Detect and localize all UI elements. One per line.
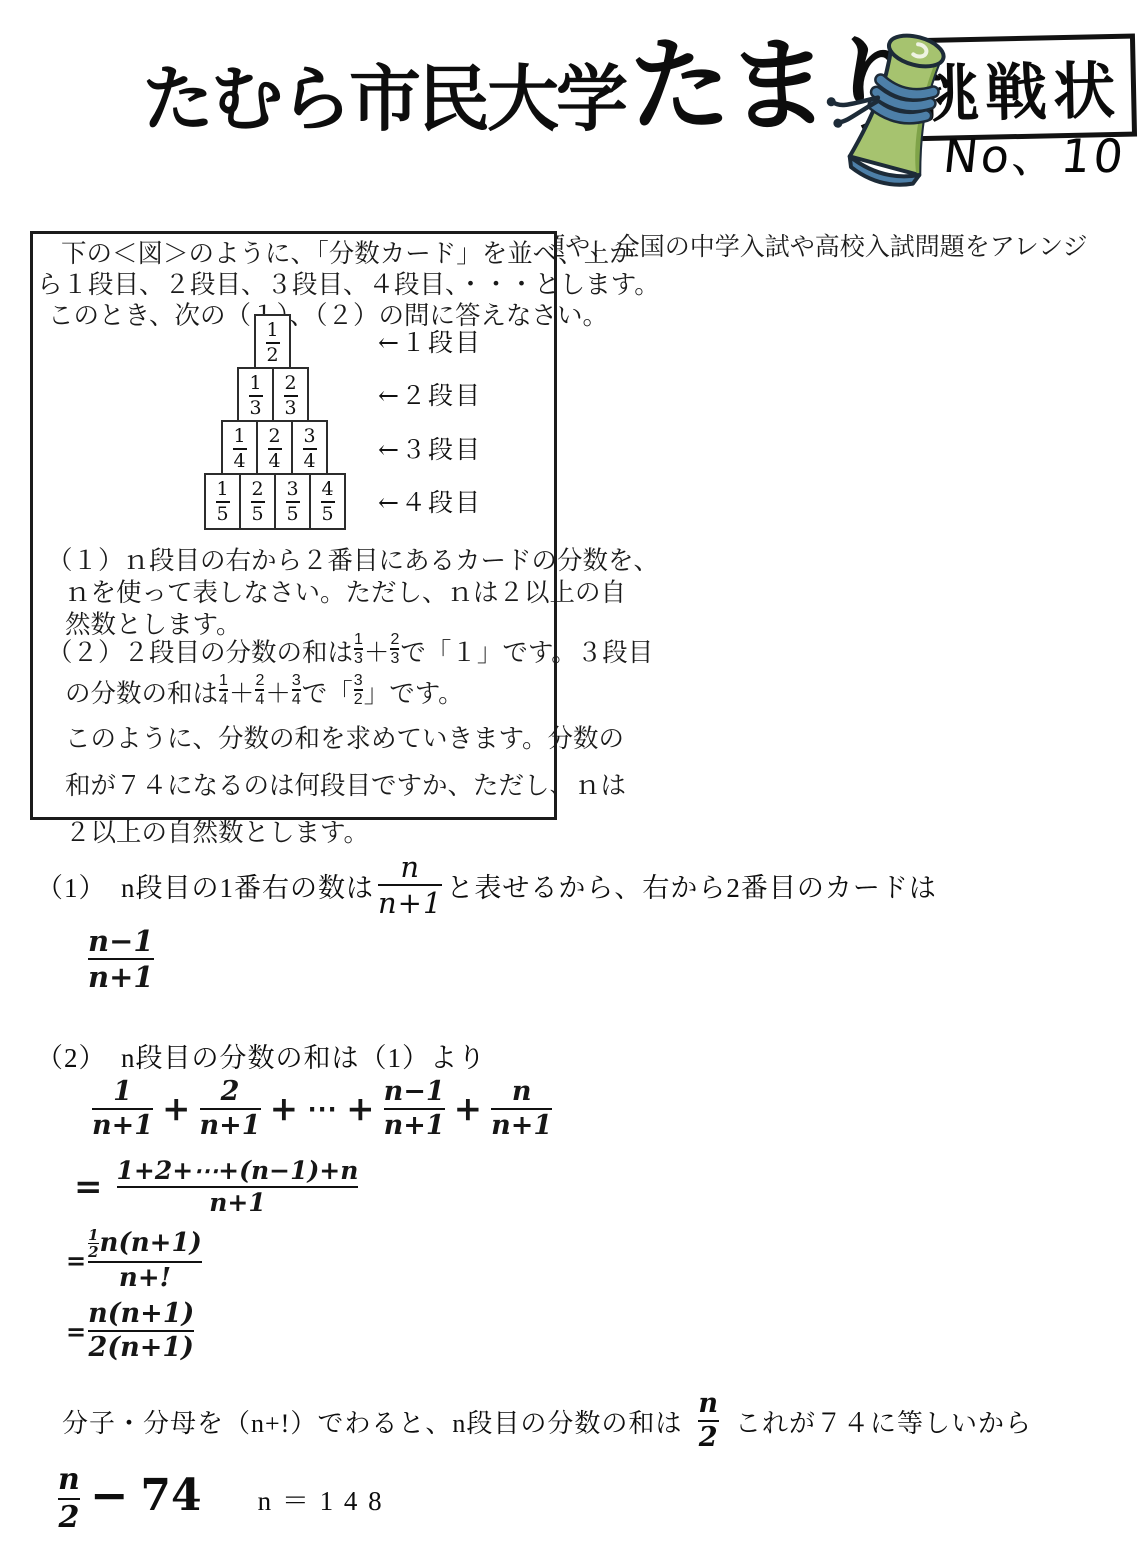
frac-num: n [698,1390,719,1418]
plus-sign: ＋ [364,633,390,669]
card-numerator: 1 [216,480,228,499]
issue-number: No、10 [941,120,1130,186]
fraction-card: 3 5 [274,473,311,530]
pyramid-row-1: 1 2 [254,314,291,371]
row-label-3: ←３段目 [378,430,482,466]
frac-den: n+1 [209,1190,266,1216]
solution-2-step-2: = 12 n(n+1) n+! [66,1228,202,1292]
card-denominator: 3 [249,399,261,418]
q2-line-c: このように、分数の和を求めていきます。分数の [47,719,653,755]
divide-lead-text: 分子・分母を（n+!）でわると、n段目の分数の和は [62,1403,682,1440]
inline-fraction: 32 [354,673,363,707]
display-fraction: nn+1 [378,852,442,919]
frac-den: n+! [119,1265,171,1292]
plus-sign: + [454,1089,483,1129]
dash-sign: − [90,1468,129,1522]
numerator-group: 12 n(n+1) [88,1228,202,1259]
solution-2-divide-line: 分子・分母を（n+!）でわると、n段目の分数の和は n2 これが７４に等しいから [62,1390,1032,1453]
fraction-card: 1 5 [204,473,241,530]
frac-num: 1 [88,1228,98,1242]
solution-2-heading: （2） n段目の分数の和は（1）より [36,1036,486,1075]
frac-den: 2(n+1) [89,1334,194,1362]
inline-fraction: 24 [255,673,264,707]
frac-num: 1 [219,673,228,688]
row-label-4: ←４段目 [378,483,482,519]
fraction-card: 4 5 [309,473,346,530]
frac-num: 2 [221,1078,240,1106]
frac-den: n+1 [92,1112,153,1140]
q2-line-d: 和が７４になるのは何段目ですか、ただし、ｎは [47,766,653,802]
equals-sign: = [74,1167,103,1207]
display-fraction: 1n+1 [92,1078,153,1141]
frac-den: 3 [390,651,399,666]
frac-den: n+1 [88,962,154,992]
title-part1: たむら市民大学 [142,63,625,135]
solution-2-step-3: = n(n+1)2(n+1) [66,1300,194,1363]
frac-den: 2 [88,1245,98,1259]
display-fraction: 2n+1 [200,1078,261,1141]
equals-sign: = [66,1246,86,1275]
card-denominator: 4 [268,452,280,471]
frac-num: 3 [292,673,301,688]
frac-den: n+1 [384,1112,445,1140]
frac-den: n+1 [378,888,442,918]
pyramid-row-3: 1 4 2 4 3 4 [221,420,328,477]
card-numerator: 3 [303,427,315,446]
plus-sign: + [270,1089,299,1129]
frac-den: 4 [255,692,264,707]
divide-tail-text: これが７４に等しいから [735,1403,1032,1440]
card-numerator: 2 [284,374,296,393]
box-intro-line-2: ら１段目、２段目、３段目、４段目、・・・とします。 [33,270,554,301]
card-numerator: 3 [286,480,298,499]
inline-fraction: 23 [390,632,399,666]
q2-text: （２）２段目の分数の和は [47,633,353,669]
frac-num: n−1 [384,1078,445,1106]
question-1: （１）ｎ段目の右から２番目にあるカードの分数を、 ｎを使って表しなさい。ただし、… [47,545,659,641]
q2-text: で「１」です。３段目 [400,633,653,669]
plus-sign: + [346,1089,375,1129]
ellipsis: ⋯ [307,1092,337,1127]
display-fraction: n2 [698,1390,719,1453]
frac-num: 1 [354,632,363,647]
pyramid-row-4: 1 5 2 5 3 5 4 5 [204,473,346,530]
q2-text: 」です。 [364,674,464,710]
frac-den: 4 [292,692,301,707]
question-2: （２）２段目の分数の和は 13 ＋ 23 で「１」です。３段目 の分数の和は 1… [47,633,653,849]
frac-num: n−1 [88,926,154,956]
card-numerator: 4 [321,480,333,499]
box-intro-line-1: 下の＜図＞のように、「分数カード」を並べ、上か [33,234,554,270]
frac-den: 2 [699,1424,719,1452]
display-fraction: 12 n(n+1) n+! [88,1228,202,1292]
solution-2-sum-formula: 1n+1 + 2n+1 + ⋯ + n−1n+1 + nn+1 [92,1078,552,1141]
card-denominator: 4 [303,452,315,471]
frac-num: 3 [354,673,363,688]
plus-sign: ＋ [265,674,291,710]
fraction-card: 3 4 [291,420,328,477]
fraction-card: 2 5 [239,473,276,530]
display-fraction: n2 [58,1464,80,1533]
numerator-rest: n(n+1) [100,1230,202,1257]
pyramid-row-2: 1 3 2 3 [237,367,309,424]
frac-num: 1+2+⋯+(n−1)+n [117,1158,359,1184]
frac-num: n [512,1078,532,1106]
q2-text: で「 [302,674,353,710]
card-numerator: 2 [251,480,263,499]
plus-sign: ＋ [229,674,255,710]
frac-num: 2 [390,632,399,647]
card-denominator: 5 [321,505,333,524]
frac-num: n [400,852,420,882]
solution-1-line: （1） n段目の1番右の数は nn+1 と表せるから、右から2番目のカードは [36,852,937,919]
frac-den: 2 [354,692,363,707]
worksheet-page: たむら市民大学 たまり 挑戦状 No、10 ・福島県算数・数学ジュニアオリンピッ… [0,0,1145,1545]
card-denominator: 5 [216,505,228,524]
frac-den: 3 [354,651,363,666]
card-numerator: 1 [233,427,245,446]
plus-sign: + [162,1089,191,1129]
display-fraction: n(n+1)2(n+1) [88,1300,194,1363]
frac-den: 4 [219,692,228,707]
q1-line-2: ｎを使って表しなさい。ただし、ｎは２以上の自 [47,577,659,609]
equals-sign: = [66,1317,86,1346]
q1-line-1: （１）ｎ段目の右から２番目にあるカードの分数を、 [47,545,659,577]
card-numerator: 1 [249,374,261,393]
card-denominator: 5 [286,505,298,524]
row-label-2: ←２段目 [378,376,482,412]
q2-line-e: ２以上の自然数とします。 [47,813,653,849]
fraction-card: 1 4 [221,420,258,477]
q2-text: の分数の和は [65,674,218,710]
problem-box: 下の＜図＞のように、「分数カード」を並べ、上か ら１段目、２段目、３段目、４段目… [30,231,557,820]
card-numerator: 2 [268,427,280,446]
display-fraction: n−1n+1 [384,1078,445,1141]
inline-fraction: 34 [292,673,301,707]
display-fraction: 1+2+⋯+(n−1)+nn+1 [117,1158,359,1217]
row-label-1: ←１段目 [378,323,482,359]
fraction-card: 2 4 [256,420,293,477]
frac-den: 2 [58,1502,79,1534]
card-denominator: 3 [284,399,296,418]
inline-fraction: 14 [219,673,228,707]
solution-1-answer: n−1n+1 [88,926,154,993]
page-title: たむら市民大学 たまり [142,38,923,135]
frac-num: 2 [255,673,264,688]
card-denominator: 4 [233,452,245,471]
display-fraction: nn+1 [491,1078,552,1141]
fraction-card: 1 3 [237,367,274,424]
card-denominator: 5 [251,505,263,524]
target-value: 74 [140,1470,201,1521]
q2-line-a: （２）２段目の分数の和は 13 ＋ 23 で「１」です。３段目 [47,633,653,669]
frac-den: n+1 [200,1112,261,1140]
final-answer-line: n2 − 74 n ＝ 1 4 8 [58,1464,384,1533]
frac-num: n(n+1) [88,1300,194,1328]
card-numerator: 1 [266,321,278,340]
fraction-card: 2 3 [272,367,309,424]
display-fraction: n−1n+1 [88,926,154,993]
card-denominator: 2 [266,346,278,365]
answer-n-value: n ＝ 1 4 8 [258,1479,384,1518]
frac-num: n [58,1464,80,1496]
fraction-card: 1 2 [254,314,291,371]
q2-line-b: の分数の和は 14 ＋ 24 ＋ 34 で「 32 」です。 [47,674,653,710]
s1-tail: と表せるから、右から2番目のカードは [446,866,937,905]
inline-fraction: 13 [354,632,363,666]
s1-lead: （1） n段目の1番右の数は [36,866,374,905]
frac-den: n+1 [491,1112,552,1140]
frac-num: 1 [113,1078,132,1106]
solution-2-step-1: = 1+2+⋯+(n−1)+nn+1 [74,1158,358,1217]
half-fraction: 12 [88,1228,98,1259]
